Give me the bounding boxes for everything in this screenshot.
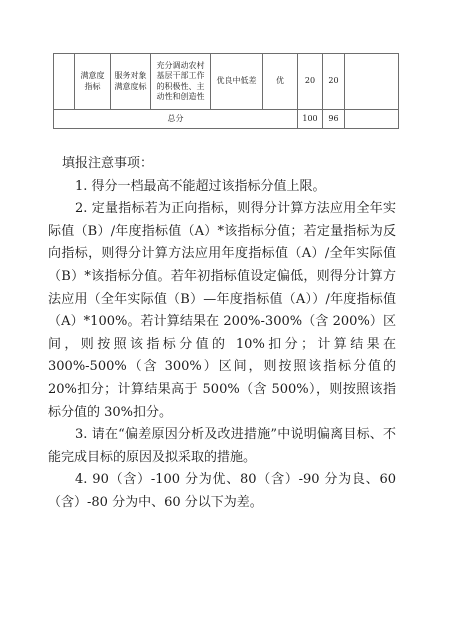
actual-score-cell: 20 xyxy=(323,54,345,110)
category-cell: 满意度指标 xyxy=(75,54,111,110)
remark-cell xyxy=(345,54,399,110)
note-item-1: 1. 得分一档最高不能超过该指标分值上限。 xyxy=(48,176,396,199)
document-page: 满意度指标 服务对象满意度标 充分调动农村基层干部工作的积极性、主动性和创造性 … xyxy=(0,0,451,638)
rating-cell: 优 xyxy=(263,54,298,110)
note-item-3: 3. 请在“偏差原因分析及改进措施”中说明偏离目标、不能完成目标的原因及拟采取的… xyxy=(48,424,396,469)
note-item-4: 4. 90（含）-100 分为优、80（含）-90 分为良、60（含）-80 分… xyxy=(48,469,396,514)
total-label-cell: 总分 xyxy=(54,110,298,129)
table-row-total: 总分 100 96 xyxy=(54,110,399,129)
total-remark-cell xyxy=(345,110,399,129)
filling-notes-section: 填报注意事项： 1. 得分一档最高不能超过该指标分值上限。 2. 定量指标若为正… xyxy=(48,153,396,515)
spacer-cell xyxy=(54,54,75,110)
subcategory-cell: 服务对象满意度标 xyxy=(111,54,151,110)
table-row: 满意度指标 服务对象满意度标 充分调动农村基层干部工作的积极性、主动性和创造性 … xyxy=(54,54,399,110)
scale-cell: 优良中低差 xyxy=(211,54,263,110)
performance-score-table: 满意度指标 服务对象满意度标 充分调动农村基层干部工作的积极性、主动性和创造性 … xyxy=(53,53,399,129)
total-actual-score-cell: 96 xyxy=(323,110,345,129)
notes-heading: 填报注意事项： xyxy=(48,153,396,176)
note-item-2: 2. 定量指标若为正向指标，则得分计算方法应用全年实际值（B）/年度指标值（A）… xyxy=(48,198,396,424)
total-target-score-cell: 100 xyxy=(298,110,323,129)
target-score-cell: 20 xyxy=(298,54,323,110)
indicator-cell: 充分调动农村基层干部工作的积极性、主动性和创造性 xyxy=(151,54,211,110)
